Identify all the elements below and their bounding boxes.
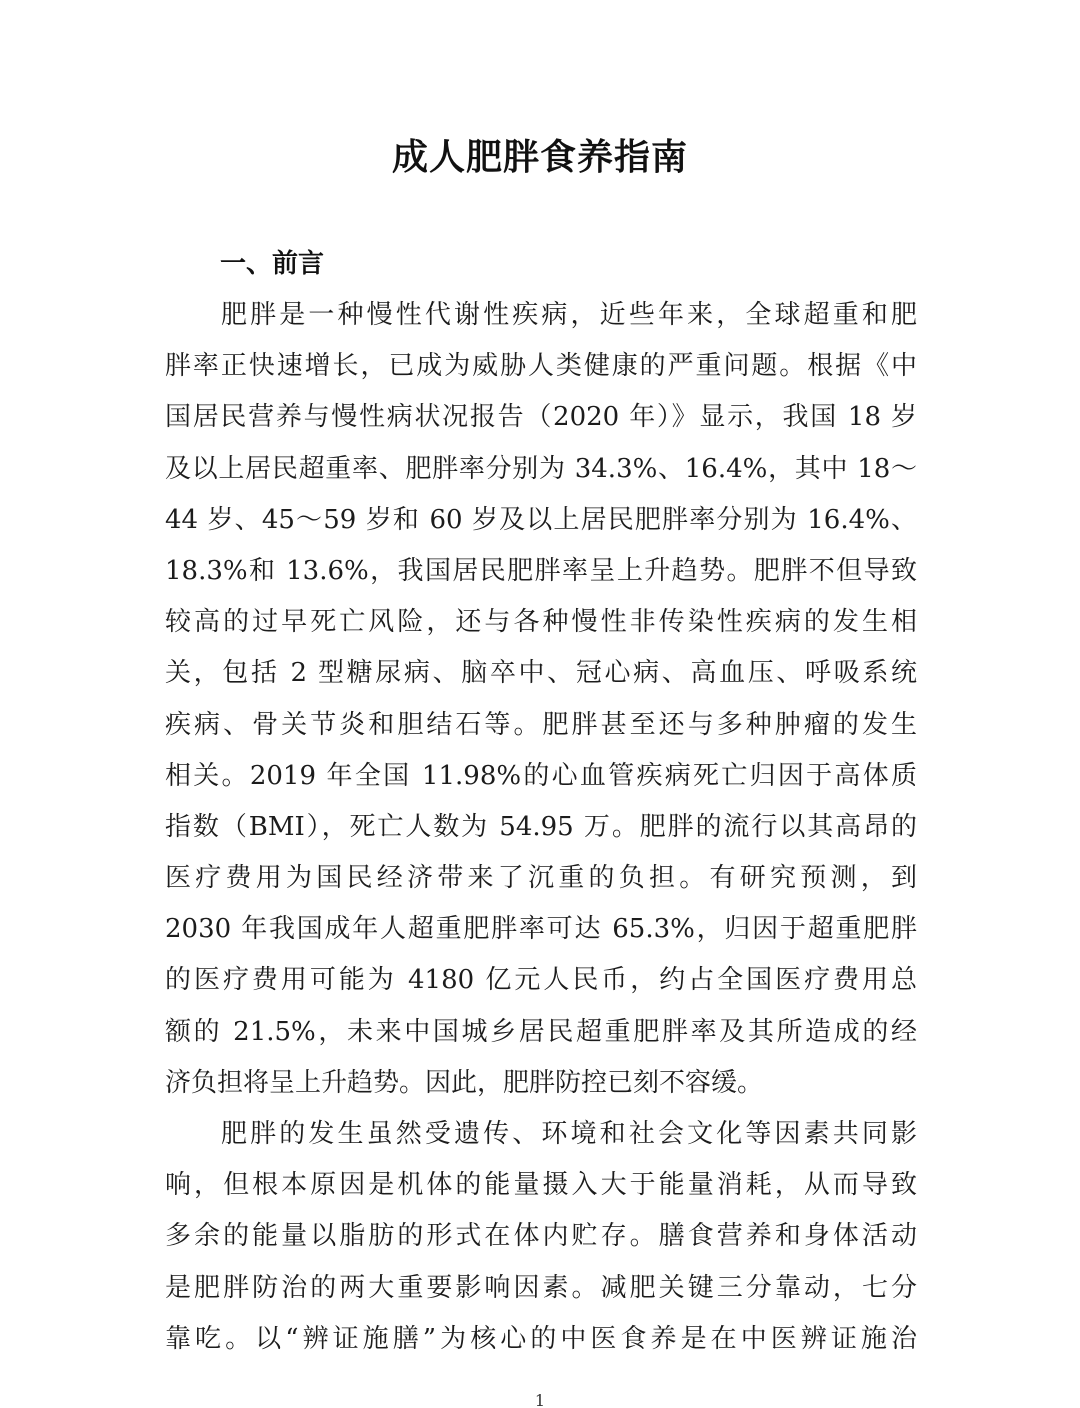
document-page: 成人肥胖食养指南 一、前言 肥胖是一种慢性代谢性疾病，近些年来，全球超重和肥 胖…: [0, 0, 1080, 1408]
paragraph-line: 相关。2019 年全国 11.98%的心血管疾病死亡归因于高体质: [165, 751, 917, 802]
paragraph-line: 2030 年我国成年人超重肥胖率可达 65.3%，归因于超重肥胖: [165, 904, 917, 955]
paragraph-line: 的医疗费用可能为 4180 亿元人民币，约占全国医疗费用总: [165, 955, 917, 1006]
paragraph-line: 关，包括 2 型糖尿病、脑卒中、冠心病、高血压、呼吸系统: [165, 648, 917, 699]
paragraph-line: 指数（BMI），死亡人数为 54.95 万。肥胖的流行以其高昂的: [165, 802, 917, 853]
page-number: 1: [0, 1392, 1080, 1408]
paragraph-line: 疾病、骨关节炎和胆结石等。肥胖甚至还与多种肿瘤的发生: [165, 700, 917, 751]
paragraph-line: 响，但根本原因是机体的能量摄入大于能量消耗，从而导致: [165, 1160, 917, 1211]
paragraph-line: 肥胖的发生虽然受遗传、环境和社会文化等因素共同影: [165, 1109, 917, 1160]
paragraph-line: 较高的过早死亡风险，还与各种慢性非传染性疾病的发生相: [165, 597, 917, 648]
paragraph-line: 额的 21.5%，未来中国城乡居民超重肥胖率及其所造成的经: [165, 1007, 917, 1058]
paragraph-line: 18.3%和 13.6%，我国居民肥胖率呈上升趋势。肥胖不但导致: [165, 546, 917, 597]
paragraph-line: 靠吃。以“辨证施膳”为核心的中医食养是在中医辨证施治: [165, 1314, 917, 1365]
paragraph-line: 44 岁、45～59 岁和 60 岁及以上居民肥胖率分别为 16.4%、: [165, 495, 917, 546]
document-title: 成人肥胖食养指南: [0, 132, 1080, 184]
paragraph-line: 多余的能量以脂肪的形式在体内贮存。膳食营养和身体活动: [165, 1211, 917, 1262]
paragraph-line: 胖率正快速增长，已成为威胁人类健康的严重问题。根据《中: [165, 341, 917, 392]
paragraph-line: 是肥胖防治的两大重要影响因素。减肥关键三分靠动，七分: [165, 1263, 917, 1314]
paragraph-line: 国居民营养与慢性病状况报告（2020 年）》显示，我国 18 岁: [165, 392, 917, 443]
section-heading-preface: 一、前言: [220, 244, 324, 284]
body-text: 肥胖是一种慢性代谢性疾病，近些年来，全球超重和肥 胖率正快速增长，已成为威胁人类…: [165, 290, 917, 1365]
paragraph-line: 及以上居民超重率、肥胖率分别为 34.3%、16.4%，其中 18～: [165, 444, 917, 495]
paragraph-line: 肥胖是一种慢性代谢性疾病，近些年来，全球超重和肥: [165, 290, 917, 341]
paragraph-line: 济负担将呈上升趋势。因此，肥胖防控已刻不容缓。: [165, 1058, 917, 1109]
paragraph-line: 医疗费用为国民经济带来了沉重的负担。有研究预测，到: [165, 853, 917, 904]
